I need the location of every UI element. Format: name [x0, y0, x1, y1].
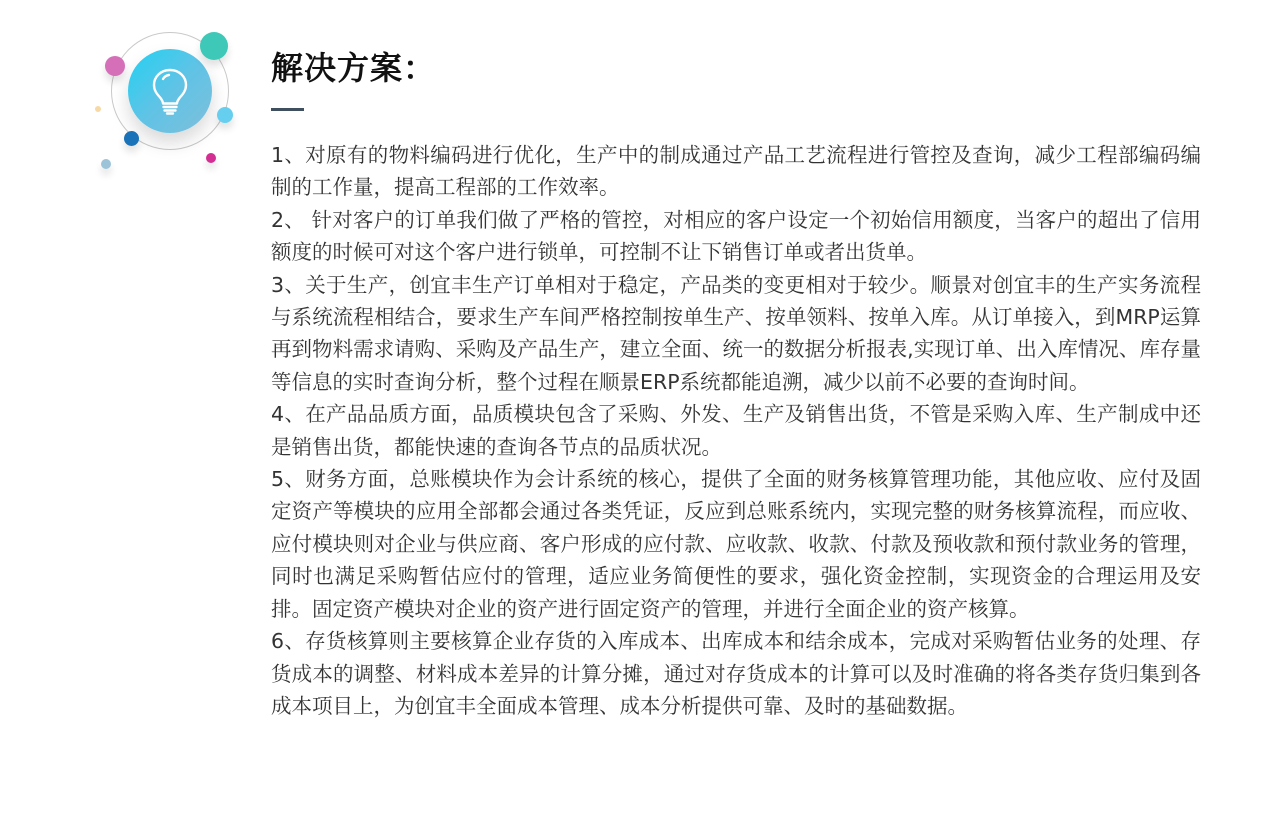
solution-body: 1、对原有的物料编码进行优化，生产中的制成通过产品工艺流程进行管控及查询，减少工…	[271, 139, 1201, 722]
decorative-dot	[217, 107, 233, 123]
lightbulb-icon	[150, 67, 190, 115]
solution-item-5: 5、财务方面，总账模块作为会计系统的核心，提供了全面的财务核算管理功能，其他应收…	[271, 463, 1201, 625]
decorative-dot	[206, 153, 216, 163]
decorative-dot	[101, 159, 111, 169]
decorative-dot	[200, 32, 228, 60]
solution-item-1: 1、对原有的物料编码进行优化，生产中的制成通过产品工艺流程进行管控及查询，减少工…	[271, 139, 1201, 204]
solution-item-3: 3、关于生产，创宜丰生产订单相对于稳定，产品类的变更相对于较少。顺景对创宜丰的生…	[271, 269, 1201, 399]
title-divider	[271, 108, 304, 111]
decorative-dot	[124, 131, 139, 146]
lightbulb-badge	[128, 49, 212, 133]
solution-item-4: 4、在产品品质方面，品质模块包含了采购、外发、生产及销售出货，不管是采购入库、生…	[271, 398, 1201, 463]
section-title: 解决方案：	[271, 46, 1201, 90]
solution-icon-cluster	[80, 20, 260, 190]
solution-item-2: 2、 针对客户的订单我们做了严格的管控，对相应的客户设定一个初始信用额度，当客户…	[271, 204, 1201, 269]
solution-section: 解决方案： 1、对原有的物料编码进行优化，生产中的制成通过产品工艺流程进行管控及…	[271, 46, 1201, 722]
decorative-dot	[105, 56, 125, 76]
decorative-dot	[95, 106, 101, 112]
solution-item-6: 6、存货核算则主要核算企业存货的入库成本、出库成本和结余成本，完成对采购暂估业务…	[271, 625, 1201, 722]
